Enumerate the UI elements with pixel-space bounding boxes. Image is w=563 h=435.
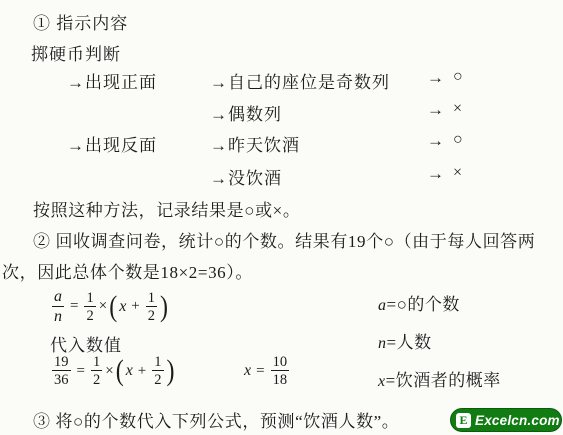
step2-paragraph-line1: ② 回收调查问卷，统计○的个数。结果有19个○（由于每人回答两 [33, 227, 535, 252]
plus-sign: + [127, 298, 143, 315]
substitute-values-label: 代入数值 [50, 331, 122, 356]
logo-text: Excelcn.com [475, 413, 560, 428]
equals-sign: = [252, 363, 268, 380]
definition-n: n=人数 [378, 328, 501, 353]
definition-x: x=饮酒者的概率 [378, 366, 501, 391]
answer-statement-label: →昨天饮酒 [210, 131, 300, 156]
plus-sign: + [134, 363, 150, 380]
step1-heading: ① 指示内容 [33, 9, 128, 34]
coin-outcome-label: →出现反面 [67, 131, 157, 156]
general-formula: a n = 1 2 × ( x + 1 2 ) [50, 288, 169, 326]
variable-x: x [125, 362, 134, 380]
result-mark: × [453, 100, 462, 118]
tree-row: →出现正面 →自己的座位是奇数列 → ○ [0, 68, 563, 92]
tree-row: →出现反面 →昨天饮酒 → ○ [0, 131, 563, 155]
equals-sign: = [66, 298, 82, 315]
result-arrow-icon: → [427, 131, 444, 151]
coin-toss-subheading: 掷硬币判断 [31, 40, 121, 65]
numeric-formula: 19 36 = 1 2 × ( x + 1 2 ) [50, 354, 176, 388]
variable-x: x [118, 298, 127, 316]
result-mark: ○ [453, 131, 463, 149]
fraction-10-over-18: 10 18 [271, 354, 290, 388]
fraction-19-over-36: 19 36 [52, 354, 71, 388]
equals-sign: = [73, 363, 89, 380]
step2-paragraph-line2: 次，因此总体个数是18×2=36）。 [2, 258, 253, 283]
coin-outcome-label: →出现正面 [67, 68, 157, 93]
result-arrow-icon: → [427, 100, 444, 120]
fraction-one-half: 1 2 [84, 290, 95, 324]
times-sign: × [104, 363, 114, 380]
fraction-one-half: 1 2 [152, 354, 163, 388]
result-arrow-icon: → [427, 164, 444, 184]
tree-row: →偶数列 → × [0, 100, 563, 124]
answer-statement-label: →偶数列 [210, 100, 282, 125]
times-sign: × [98, 298, 108, 315]
result-arrow-icon: → [427, 68, 444, 88]
variable-definitions: a=○的个数 n=人数 x=饮酒者的概率 [378, 290, 501, 404]
method-note: 按照这种方法，记录结果是○或×。 [33, 196, 300, 221]
close-paren: ) [159, 292, 169, 322]
result-mark: × [453, 164, 462, 182]
solution-formula: x = 10 18 [243, 354, 291, 388]
fraction-one-half: 1 2 [91, 354, 102, 388]
open-paren: ( [115, 356, 125, 386]
fraction-a-over-n: a n [52, 288, 64, 326]
fraction-one-half: 1 2 [146, 290, 157, 324]
tree-row: →没饮酒 → × [0, 164, 563, 188]
logo-e-icon: E [456, 413, 471, 428]
answer-statement-label: →自己的座位是奇数列 [210, 68, 390, 93]
close-paren: ) [166, 356, 176, 386]
result-mark: ○ [453, 68, 463, 86]
answer-statement-label: →没饮酒 [210, 164, 282, 189]
document-page: ① 指示内容 掷硬币判断 →出现正面 →自己的座位是奇数列 → ○ →偶数列 →… [0, 0, 563, 435]
definition-a: a=○的个数 [378, 290, 501, 315]
open-paren: ( [108, 292, 118, 322]
excelcn-watermark-logo: E Excelcn.com [450, 408, 562, 432]
variable-x: x [243, 362, 252, 380]
step3-instruction: ③ 将○的个数代入下列公式，预测“饮酒人数”。 [33, 407, 399, 432]
